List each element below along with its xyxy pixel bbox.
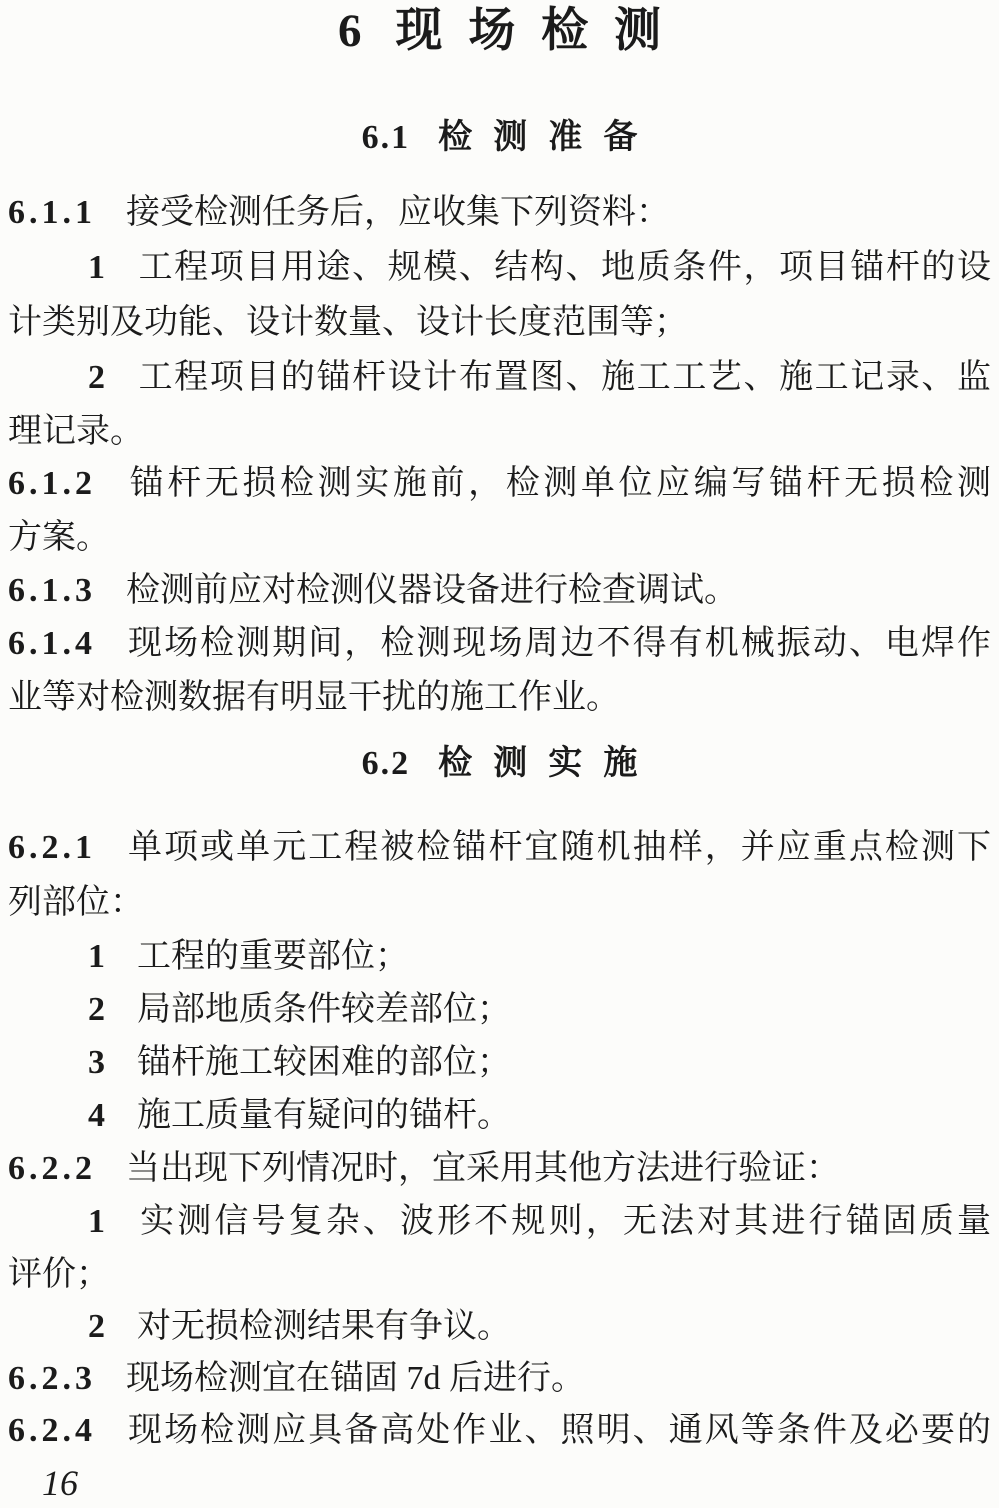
list-item-line: 2对无损检测结果有争议。 <box>8 1307 991 1347</box>
line-text: 现场检测宜在锚固 7d 后进行。 <box>126 1360 585 1397</box>
line-text: 现场检测期间，检测现场周边不得有机械振动、电焊作 <box>126 625 991 662</box>
clause-line: 6.1.1接受检测任务后，应收集下列资料： <box>8 193 991 233</box>
continuation-line: 理记录。 <box>8 412 991 452</box>
line-text: 单项或单元工程被检锚杆宜随机抽样，并应重点检测下 <box>126 829 991 866</box>
clause-number: 1 <box>88 249 105 286</box>
line-text: 施工质量有疑问的锚杆。 <box>137 1097 511 1134</box>
line-text: 列部位： <box>8 884 144 921</box>
heading-text: 检测准备 <box>438 119 658 156</box>
clause-number: 2 <box>88 359 105 396</box>
continuation-line: 计类别及功能、设计数量、设计长度范围等； <box>8 303 991 343</box>
chapter-number: 6 <box>338 5 364 57</box>
list-item-line: 1工程项目用途、规模、结构、地质条件，项目锚杆的设 <box>8 248 991 288</box>
clause-number: 6.1.2 <box>8 465 96 502</box>
clause-number: 3 <box>88 1044 105 1081</box>
clause-number: 2 <box>88 991 105 1028</box>
list-item-line: 2工程项目的锚杆设计布置图、施工工艺、施工记录、监 <box>8 358 991 398</box>
clause-line: 6.2.1单项或单元工程被检锚杆宜随机抽样，并应重点检测下 <box>8 828 991 868</box>
clause-line: 6.2.4现场检测应具备高处作业、照明、通风等条件及必要的 <box>8 1411 991 1451</box>
list-item-line: 1实测信号复杂、波形不规则，无法对其进行锚固质量 <box>8 1202 991 1242</box>
clause-number: 1 <box>88 938 105 975</box>
line-text: 工程项目用途、规模、结构、地质条件，项目锚杆的设 <box>137 249 991 286</box>
continuation-line: 评价； <box>8 1255 991 1295</box>
clause-number: 1 <box>88 1203 105 1240</box>
clause-number: 6.2.3 <box>8 1360 96 1397</box>
line-text: 计类别及功能、设计数量、设计长度范围等； <box>8 304 688 341</box>
clause-number: 2 <box>88 1308 105 1345</box>
continuation-line: 方案。 <box>8 518 991 558</box>
clause-number: 4 <box>88 1097 105 1134</box>
line-text: 评价； <box>8 1256 110 1293</box>
line-text: 现场检测应具备高处作业、照明、通风等条件及必要的 <box>126 1412 991 1449</box>
line-text: 方案。 <box>8 519 110 556</box>
clause-line: 6.2.2当出现下列情况时，宜采用其他方法进行验证： <box>8 1149 991 1189</box>
clause-line: 6.2.3现场检测宜在锚固 7d 后进行。 <box>8 1359 991 1399</box>
list-item-line: 4施工质量有疑问的锚杆。 <box>8 1096 991 1136</box>
page-number: 16 <box>42 1462 78 1504</box>
line-text: 当出现下列情况时，宜采用其他方法进行验证： <box>126 1150 840 1187</box>
line-text: 工程的重要部位； <box>137 938 409 975</box>
heading-number: 6.2 <box>362 745 411 782</box>
line-text: 锚杆无损检测实施前，检测单位应编写锚杆无损检测 <box>126 465 991 502</box>
heading-number: 6.1 <box>362 119 411 156</box>
list-item-line: 3锚杆施工较困难的部位； <box>8 1043 991 1083</box>
line-text: 工程项目的锚杆设计布置图、施工工艺、施工记录、监 <box>137 359 991 396</box>
chapter-title-text: 现场检测 <box>395 5 686 57</box>
clause-number: 6.1.4 <box>8 625 96 662</box>
clause-number: 6.1.1 <box>8 194 96 231</box>
line-text: 检测前应对检测仪器设备进行检查调试。 <box>126 572 738 609</box>
line-text: 理记录。 <box>8 413 144 450</box>
document-page: 6现场检测 6.1检测准备6.1.1接受检测任务后，应收集下列资料：1工程项目用… <box>0 0 999 1508</box>
section-heading: 6.2检测实施 <box>0 744 999 784</box>
line-text: 业等对检测数据有明显干扰的施工作业。 <box>8 679 620 716</box>
heading-text: 检测实施 <box>438 745 658 782</box>
line-text: 实测信号复杂、波形不规则，无法对其进行锚固质量 <box>137 1203 991 1240</box>
line-text: 局部地质条件较差部位； <box>137 991 511 1028</box>
clause-line: 6.1.2锚杆无损检测实施前，检测单位应编写锚杆无损检测 <box>8 464 991 504</box>
clause-number: 6.1.3 <box>8 572 96 609</box>
clause-line: 6.1.4现场检测期间，检测现场周边不得有机械振动、电焊作 <box>8 624 991 664</box>
line-text: 锚杆施工较困难的部位； <box>137 1044 511 1081</box>
list-item-line: 2局部地质条件较差部位； <box>8 990 991 1030</box>
clause-line: 6.1.3检测前应对检测仪器设备进行检查调试。 <box>8 571 991 611</box>
clause-number: 6.2.4 <box>8 1412 96 1449</box>
clause-number: 6.2.2 <box>8 1150 96 1187</box>
line-text: 对无损检测结果有争议。 <box>137 1308 511 1345</box>
continuation-line: 业等对检测数据有明显干扰的施工作业。 <box>8 678 991 718</box>
line-text: 接受检测任务后，应收集下列资料： <box>126 194 670 231</box>
list-item-line: 1工程的重要部位； <box>8 937 991 977</box>
continuation-line: 列部位： <box>8 883 991 923</box>
clause-number: 6.2.1 <box>8 829 96 866</box>
section-heading: 6.1检测准备 <box>0 118 999 158</box>
chapter-title: 6现场检测 <box>0 6 999 58</box>
